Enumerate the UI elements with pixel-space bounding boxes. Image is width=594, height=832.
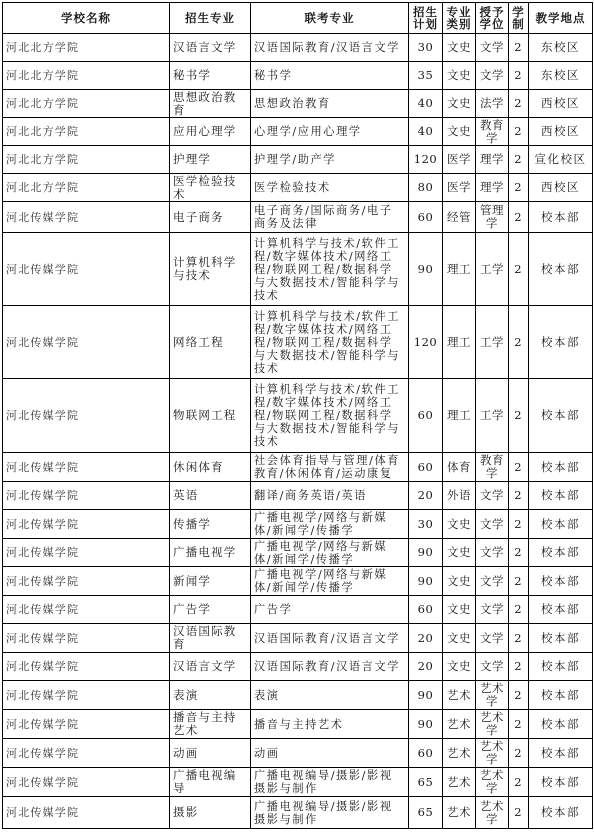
row-school-name: 河北传媒学院 bbox=[3, 379, 170, 453]
row-school-name: 河北北方学院 bbox=[3, 118, 170, 146]
row-degree: 教育学 bbox=[476, 453, 509, 482]
row-category: 文史 bbox=[443, 539, 476, 567]
row-major: 播音与主持艺术 bbox=[170, 710, 251, 739]
row-years: 2 bbox=[509, 567, 529, 596]
table-row: 河北北方学院思想政治教育思想政治教育40文史法学2西校区 bbox=[3, 90, 593, 118]
row-degree: 艺术学 bbox=[476, 710, 509, 739]
row-category: 经管 bbox=[443, 202, 476, 233]
row-degree: 艺术学 bbox=[476, 681, 509, 710]
row-years: 2 bbox=[509, 653, 529, 681]
table-row: 河北北方学院护理学护理学/助产学120医学理学2宣化校区 bbox=[3, 146, 593, 174]
row-location: 校本部 bbox=[529, 202, 593, 233]
header-school: 学校名称 bbox=[3, 3, 170, 34]
row-category: 文史 bbox=[443, 90, 476, 118]
row-quota: 60 bbox=[409, 453, 443, 482]
row-years: 2 bbox=[509, 539, 529, 567]
row-major: 传播学 bbox=[170, 510, 251, 539]
row-joint-exam-majors: 表演 bbox=[251, 681, 409, 710]
row-quota: 60 bbox=[409, 202, 443, 233]
row-major: 动画 bbox=[170, 739, 251, 768]
table-row: 河北传媒学院汉语言文学汉语国际教育/汉语言文学20文史文学2校本部 bbox=[3, 653, 593, 681]
row-school-name: 河北传媒学院 bbox=[3, 653, 170, 681]
row-major: 表演 bbox=[170, 681, 251, 710]
row-major: 汉语言文学 bbox=[170, 34, 251, 62]
row-category: 理工 bbox=[443, 379, 476, 453]
row-joint-exam-majors: 广播电视学/网络与新媒体/新闻学/传播学 bbox=[251, 539, 409, 567]
row-location: 校本部 bbox=[529, 653, 593, 681]
row-quota: 90 bbox=[409, 233, 443, 306]
row-school-name: 河北传媒学院 bbox=[3, 510, 170, 539]
admissions-table: 学校名称 招生专业 联考专业 招生计划 专业类别 授予学位 学制 教学地点 河北… bbox=[2, 2, 593, 829]
header-joint-exam: 联考专业 bbox=[251, 3, 409, 34]
row-school-name: 河北传媒学院 bbox=[3, 681, 170, 710]
row-school-name: 河北传媒学院 bbox=[3, 202, 170, 233]
row-category: 文史 bbox=[443, 624, 476, 653]
row-degree: 文学 bbox=[476, 482, 509, 510]
table-row: 河北传媒学院表演表演90艺术艺术学2校本部 bbox=[3, 681, 593, 710]
row-years: 2 bbox=[509, 202, 529, 233]
row-quota: 90 bbox=[409, 539, 443, 567]
row-years: 2 bbox=[509, 34, 529, 62]
row-degree: 法学 bbox=[476, 90, 509, 118]
table-row: 河北传媒学院网络工程计算机科学与技术/软件工程/数字媒体技术/网络工程/物联网工… bbox=[3, 306, 593, 379]
row-school-name: 河北北方学院 bbox=[3, 90, 170, 118]
row-location: 校本部 bbox=[529, 453, 593, 482]
row-major: 广播电视学 bbox=[170, 539, 251, 567]
row-major: 计算机科学与技术 bbox=[170, 233, 251, 306]
row-degree: 文学 bbox=[476, 624, 509, 653]
row-joint-exam-majors: 电子商务/国际商务/电子商务及法律 bbox=[251, 202, 409, 233]
table-row: 河北北方学院秘书学秘书学35文史文学2东校区 bbox=[3, 62, 593, 90]
row-location: 校本部 bbox=[529, 768, 593, 797]
row-years: 2 bbox=[509, 174, 529, 202]
header-years: 学制 bbox=[509, 3, 529, 34]
row-quota: 65 bbox=[409, 768, 443, 797]
row-location: 校本部 bbox=[529, 797, 593, 829]
row-joint-exam-majors: 汉语国际教育/汉语言文学 bbox=[251, 653, 409, 681]
row-years: 2 bbox=[509, 62, 529, 90]
row-quota: 90 bbox=[409, 681, 443, 710]
row-school-name: 河北传媒学院 bbox=[3, 596, 170, 624]
row-joint-exam-majors: 汉语国际教育/汉语言文学 bbox=[251, 624, 409, 653]
row-major: 医学检验技术 bbox=[170, 174, 251, 202]
table-body: 河北北方学院汉语言文学汉语国际教育/汉语言文学30文史文学2东校区河北北方学院秘… bbox=[3, 34, 593, 829]
admissions-document: 学校名称 招生专业 联考专业 招生计划 专业类别 授予学位 学制 教学地点 河北… bbox=[2, 2, 593, 829]
header-degree: 授予学位 bbox=[476, 3, 509, 34]
row-school-name: 河北北方学院 bbox=[3, 174, 170, 202]
row-major: 广播电视编导 bbox=[170, 768, 251, 797]
row-location: 校本部 bbox=[529, 306, 593, 379]
row-location: 校本部 bbox=[529, 539, 593, 567]
row-degree: 文学 bbox=[476, 34, 509, 62]
row-joint-exam-majors: 广播电视学/网络与新媒体/新闻学/传播学 bbox=[251, 510, 409, 539]
row-joint-exam-majors: 汉语国际教育/汉语言文学 bbox=[251, 34, 409, 62]
row-joint-exam-majors: 心理学/应用心理学 bbox=[251, 118, 409, 146]
row-degree: 文学 bbox=[476, 62, 509, 90]
row-degree: 艺术学 bbox=[476, 768, 509, 797]
table-row: 河北传媒学院英语翻译/商务英语/英语20外语文学2校本部 bbox=[3, 482, 593, 510]
row-quota: 30 bbox=[409, 510, 443, 539]
row-major: 应用心理学 bbox=[170, 118, 251, 146]
row-years: 2 bbox=[509, 681, 529, 710]
row-joint-exam-majors: 动画 bbox=[251, 739, 409, 768]
row-years: 2 bbox=[509, 596, 529, 624]
table-row: 河北传媒学院广播电视编导广播电视编导/摄影/影视摄影与制作65艺术艺术学2校本部 bbox=[3, 768, 593, 797]
header-major: 招生专业 bbox=[170, 3, 251, 34]
row-quota: 20 bbox=[409, 653, 443, 681]
row-joint-exam-majors: 广播电视学/网络与新媒体/新闻学/传播学 bbox=[251, 567, 409, 596]
row-joint-exam-majors: 医学检验技术 bbox=[251, 174, 409, 202]
row-category: 艺术 bbox=[443, 681, 476, 710]
row-school-name: 河北传媒学院 bbox=[3, 482, 170, 510]
table-row: 河北北方学院应用心理学心理学/应用心理学40文史教育学2西校区 bbox=[3, 118, 593, 146]
row-major: 摄影 bbox=[170, 797, 251, 829]
row-school-name: 河北传媒学院 bbox=[3, 233, 170, 306]
row-joint-exam-majors: 秘书学 bbox=[251, 62, 409, 90]
row-major: 秘书学 bbox=[170, 62, 251, 90]
table-row: 河北传媒学院物联网工程计算机科学与技术/软件工程/数字媒体技术/网络工程/物联网… bbox=[3, 379, 593, 453]
row-years: 2 bbox=[509, 146, 529, 174]
row-major: 广告学 bbox=[170, 596, 251, 624]
row-major: 护理学 bbox=[170, 146, 251, 174]
row-category: 艺术 bbox=[443, 710, 476, 739]
row-joint-exam-majors: 播音与主持艺术 bbox=[251, 710, 409, 739]
row-school-name: 河北北方学院 bbox=[3, 62, 170, 90]
row-location: 校本部 bbox=[529, 567, 593, 596]
row-category: 外语 bbox=[443, 482, 476, 510]
row-degree: 文学 bbox=[476, 510, 509, 539]
row-joint-exam-majors: 翻译/商务英语/英语 bbox=[251, 482, 409, 510]
row-degree: 工学 bbox=[476, 379, 509, 453]
row-years: 2 bbox=[509, 118, 529, 146]
row-quota: 20 bbox=[409, 482, 443, 510]
table-row: 河北传媒学院汉语国际教育汉语国际教育/汉语言文学20文史文学2校本部 bbox=[3, 624, 593, 653]
row-joint-exam-majors: 护理学/助产学 bbox=[251, 146, 409, 174]
row-major: 物联网工程 bbox=[170, 379, 251, 453]
row-years: 2 bbox=[509, 90, 529, 118]
row-degree: 文学 bbox=[476, 567, 509, 596]
row-school-name: 河北传媒学院 bbox=[3, 306, 170, 379]
row-degree: 管理学 bbox=[476, 202, 509, 233]
row-location: 西校区 bbox=[529, 118, 593, 146]
table-row: 河北传媒学院摄影广播电视编导/摄影/影视摄影与制作65艺术艺术学2校本部 bbox=[3, 797, 593, 829]
row-years: 2 bbox=[509, 739, 529, 768]
row-years: 2 bbox=[509, 482, 529, 510]
row-major: 汉语国际教育 bbox=[170, 624, 251, 653]
row-years: 2 bbox=[509, 768, 529, 797]
row-quota: 80 bbox=[409, 174, 443, 202]
row-years: 2 bbox=[509, 510, 529, 539]
row-category: 文史 bbox=[443, 34, 476, 62]
table-row: 河北传媒学院广告学广告学60文史文学2校本部 bbox=[3, 596, 593, 624]
row-major: 汉语言文学 bbox=[170, 653, 251, 681]
row-quota: 30 bbox=[409, 34, 443, 62]
row-location: 校本部 bbox=[529, 482, 593, 510]
row-school-name: 河北北方学院 bbox=[3, 146, 170, 174]
row-degree: 理学 bbox=[476, 146, 509, 174]
row-joint-exam-majors: 思想政治教育 bbox=[251, 90, 409, 118]
header-location: 教学地点 bbox=[529, 3, 593, 34]
row-location: 宣化校区 bbox=[529, 146, 593, 174]
row-quota: 60 bbox=[409, 739, 443, 768]
table-row: 河北传媒学院广播电视学广播电视学/网络与新媒体/新闻学/传播学90文史文学2校本… bbox=[3, 539, 593, 567]
row-location: 校本部 bbox=[529, 739, 593, 768]
row-category: 理工 bbox=[443, 233, 476, 306]
row-degree: 艺术学 bbox=[476, 797, 509, 829]
row-quota: 35 bbox=[409, 62, 443, 90]
row-quota: 90 bbox=[409, 710, 443, 739]
row-location: 西校区 bbox=[529, 174, 593, 202]
row-quota: 120 bbox=[409, 146, 443, 174]
row-years: 2 bbox=[509, 379, 529, 453]
row-years: 2 bbox=[509, 797, 529, 829]
row-degree: 理学 bbox=[476, 174, 509, 202]
header-category: 专业类别 bbox=[443, 3, 476, 34]
row-years: 2 bbox=[509, 306, 529, 379]
row-years: 2 bbox=[509, 710, 529, 739]
row-location: 校本部 bbox=[529, 624, 593, 653]
row-joint-exam-majors: 广播电视编导/摄影/影视摄影与制作 bbox=[251, 797, 409, 829]
row-school-name: 河北传媒学院 bbox=[3, 567, 170, 596]
row-category: 艺术 bbox=[443, 797, 476, 829]
header-row: 学校名称 招生专业 联考专业 招生计划 专业类别 授予学位 学制 教学地点 bbox=[3, 3, 593, 34]
row-category: 文史 bbox=[443, 510, 476, 539]
row-major: 网络工程 bbox=[170, 306, 251, 379]
row-joint-exam-majors: 计算机科学与技术/软件工程/数字媒体技术/网络工程/物联网工程/数据科学与大数据… bbox=[251, 233, 409, 306]
row-category: 文史 bbox=[443, 567, 476, 596]
row-degree: 工学 bbox=[476, 306, 509, 379]
row-school-name: 河北传媒学院 bbox=[3, 624, 170, 653]
row-degree: 艺术学 bbox=[476, 739, 509, 768]
row-quota: 65 bbox=[409, 797, 443, 829]
row-quota: 60 bbox=[409, 596, 443, 624]
table-row: 河北传媒学院计算机科学与技术计算机科学与技术/软件工程/数字媒体技术/网络工程/… bbox=[3, 233, 593, 306]
table-row: 河北传媒学院播音与主持艺术播音与主持艺术90艺术艺术学2校本部 bbox=[3, 710, 593, 739]
table-row: 河北传媒学院休闲体育社会体育指导与管理/体育教育/休闲体育/运动康复60体育教育… bbox=[3, 453, 593, 482]
table-row: 河北传媒学院动画动画60艺术艺术学2校本部 bbox=[3, 739, 593, 768]
row-major: 英语 bbox=[170, 482, 251, 510]
row-degree: 文学 bbox=[476, 539, 509, 567]
row-joint-exam-majors: 广告学 bbox=[251, 596, 409, 624]
row-category: 体育 bbox=[443, 453, 476, 482]
row-category: 医学 bbox=[443, 174, 476, 202]
row-joint-exam-majors: 计算机科学与技术/软件工程/数字媒体技术/网络工程/物联网工程/数据科学与大数据… bbox=[251, 306, 409, 379]
row-quota: 40 bbox=[409, 90, 443, 118]
row-quota: 120 bbox=[409, 306, 443, 379]
row-location: 西校区 bbox=[529, 90, 593, 118]
row-major: 思想政治教育 bbox=[170, 90, 251, 118]
row-category: 医学 bbox=[443, 146, 476, 174]
row-school-name: 河北传媒学院 bbox=[3, 797, 170, 829]
row-location: 东校区 bbox=[529, 34, 593, 62]
row-joint-exam-majors: 社会体育指导与管理/体育教育/休闲体育/运动康复 bbox=[251, 453, 409, 482]
row-school-name: 河北传媒学院 bbox=[3, 453, 170, 482]
table-row: 河北北方学院汉语言文学汉语国际教育/汉语言文学30文史文学2东校区 bbox=[3, 34, 593, 62]
row-degree: 工学 bbox=[476, 233, 509, 306]
row-location: 校本部 bbox=[529, 681, 593, 710]
row-location: 校本部 bbox=[529, 233, 593, 306]
table-row: 河北北方学院医学检验技术医学检验技术80医学理学2西校区 bbox=[3, 174, 593, 202]
row-school-name: 河北北方学院 bbox=[3, 34, 170, 62]
row-years: 2 bbox=[509, 233, 529, 306]
row-location: 校本部 bbox=[529, 596, 593, 624]
row-major: 电子商务 bbox=[170, 202, 251, 233]
table-row: 河北传媒学院传播学广播电视学/网络与新媒体/新闻学/传播学30文史文学2校本部 bbox=[3, 510, 593, 539]
row-location: 东校区 bbox=[529, 62, 593, 90]
row-degree: 文学 bbox=[476, 596, 509, 624]
row-major: 休闲体育 bbox=[170, 453, 251, 482]
row-school-name: 河北传媒学院 bbox=[3, 539, 170, 567]
row-major: 新闻学 bbox=[170, 567, 251, 596]
row-school-name: 河北传媒学院 bbox=[3, 768, 170, 797]
row-school-name: 河北传媒学院 bbox=[3, 739, 170, 768]
row-joint-exam-majors: 计算机科学与技术/软件工程/数字媒体技术/网络工程/物联网工程/数据科学与大数据… bbox=[251, 379, 409, 453]
row-category: 艺术 bbox=[443, 768, 476, 797]
row-category: 文史 bbox=[443, 62, 476, 90]
row-quota: 20 bbox=[409, 624, 443, 653]
row-quota: 60 bbox=[409, 379, 443, 453]
row-quota: 40 bbox=[409, 118, 443, 146]
row-years: 2 bbox=[509, 453, 529, 482]
row-school-name: 河北传媒学院 bbox=[3, 710, 170, 739]
row-degree: 文学 bbox=[476, 653, 509, 681]
header-quota: 招生计划 bbox=[409, 3, 443, 34]
row-category: 文史 bbox=[443, 653, 476, 681]
row-joint-exam-majors: 广播电视编导/摄影/影视摄影与制作 bbox=[251, 768, 409, 797]
row-location: 校本部 bbox=[529, 510, 593, 539]
row-category: 理工 bbox=[443, 306, 476, 379]
row-category: 艺术 bbox=[443, 739, 476, 768]
table-row: 河北传媒学院新闻学广播电视学/网络与新媒体/新闻学/传播学90文史文学2校本部 bbox=[3, 567, 593, 596]
table-row: 河北传媒学院电子商务电子商务/国际商务/电子商务及法律60经管管理学2校本部 bbox=[3, 202, 593, 233]
row-category: 文史 bbox=[443, 596, 476, 624]
row-category: 文史 bbox=[443, 118, 476, 146]
row-years: 2 bbox=[509, 624, 529, 653]
row-quota: 90 bbox=[409, 567, 443, 596]
row-location: 校本部 bbox=[529, 379, 593, 453]
row-degree: 教育学 bbox=[476, 118, 509, 146]
row-location: 校本部 bbox=[529, 710, 593, 739]
